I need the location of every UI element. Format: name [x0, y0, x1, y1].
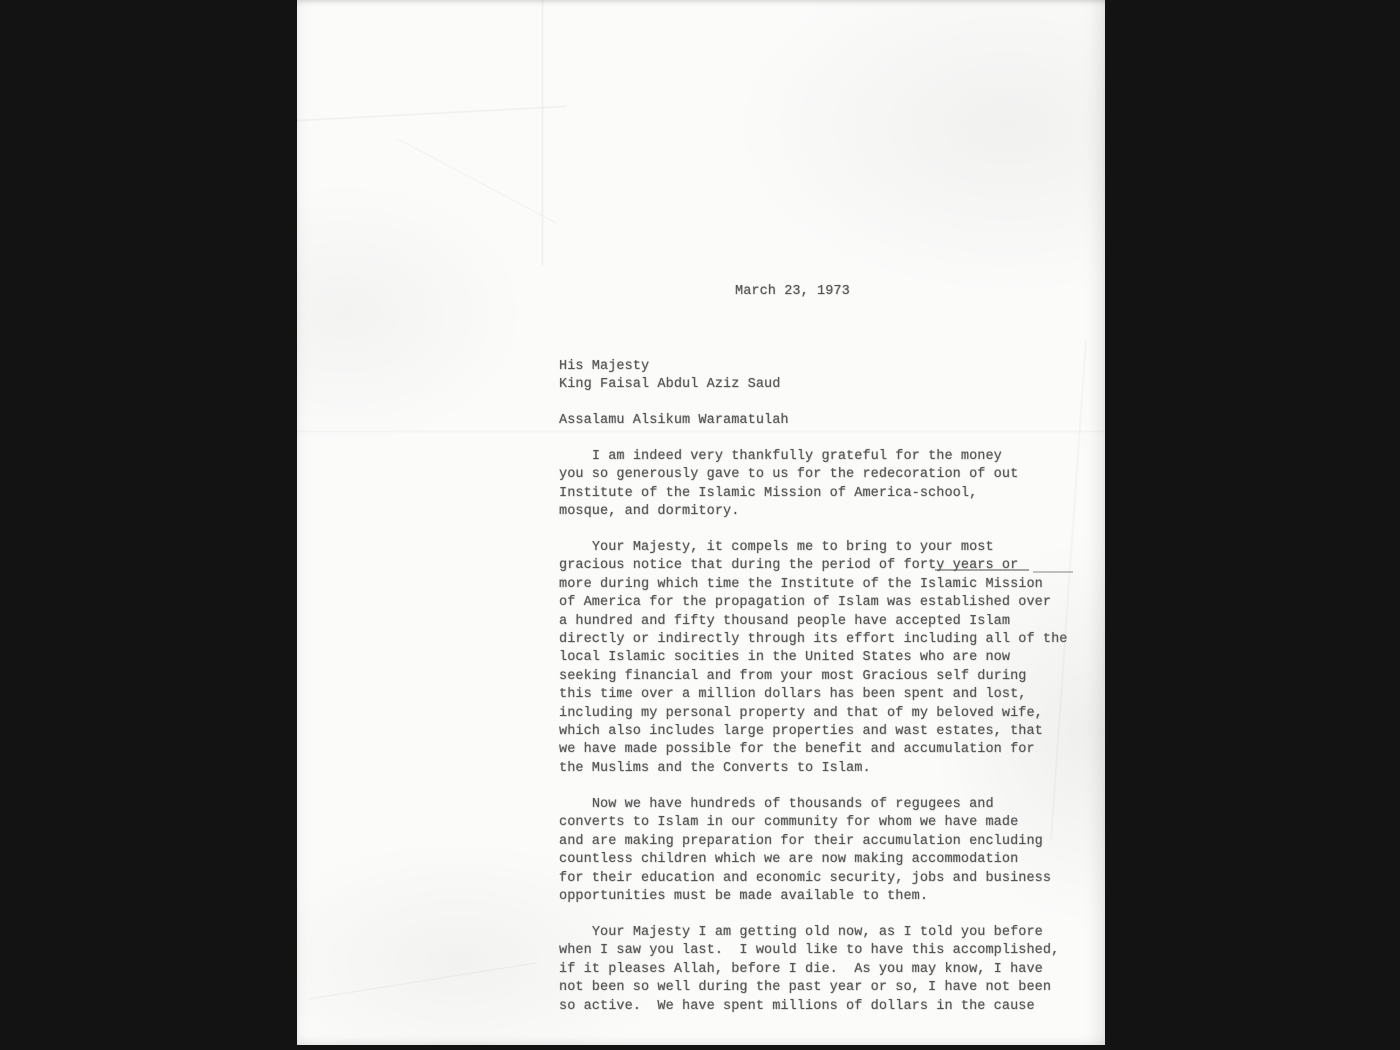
letter-paragraph-1: I am indeed very thankfully grateful for… [559, 448, 1099, 522]
paper-crease [541, 0, 544, 265]
paper-crease [297, 430, 1105, 433]
paper-crease [397, 138, 557, 224]
letter-paragraph-3: Now we have hundreds of thousands of reg… [559, 796, 1099, 906]
salutation: Assalamu Alsikum Waramatulah [559, 412, 789, 430]
recipient-address: His Majesty King Faisal Abdul Aziz Saud [559, 358, 780, 395]
letter-page: March 23, 1973 His Majesty King Faisal A… [297, 0, 1105, 1045]
letter-paragraph-4: Your Majesty I am getting old now, as I … [559, 924, 1099, 1016]
paper-crease [308, 962, 535, 1000]
letter-date: March 23, 1973 [735, 283, 850, 301]
scan-background: March 23, 1973 His Majesty King Faisal A… [0, 0, 1400, 1050]
letter-paragraph-2: Your Majesty, it compels me to bring to … [559, 539, 1099, 778]
paper-crease [297, 105, 567, 122]
